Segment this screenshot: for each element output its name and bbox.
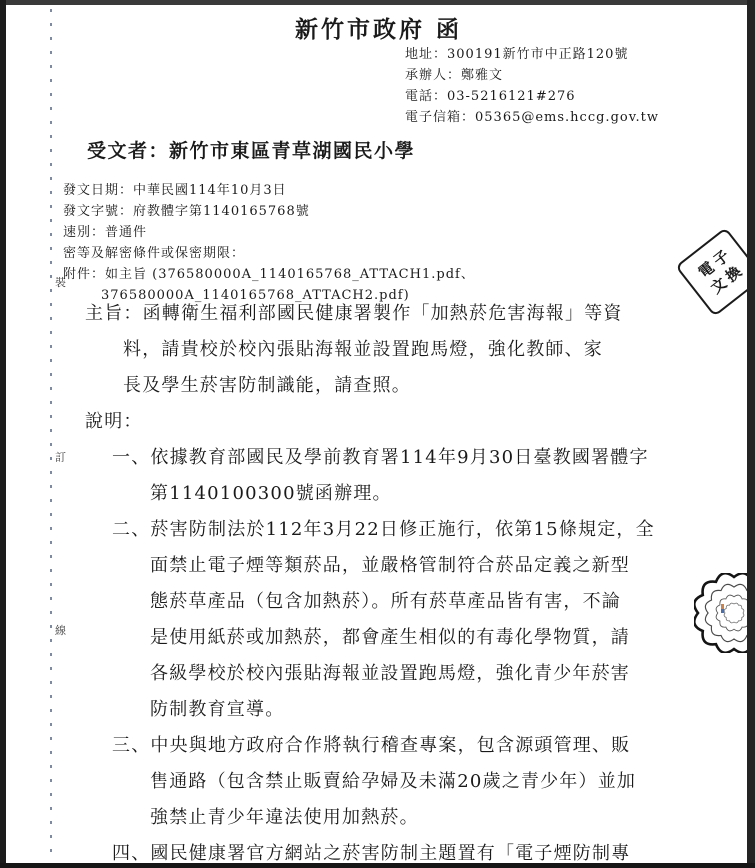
sender-info-line: 地址：300191新竹市中正路120號 [405,44,659,65]
body-line: 態菸草產品（包含加熱菸）。所有菸草產品皆有害，不論 [6,584,747,620]
body-line: 三、中央與地方政府合作將執行稽查專案，包含源頭管理、販 [6,728,747,764]
scalloped-seal-icon [694,573,747,653]
sender-info-line: 承辦人：鄭雅文 [405,65,659,86]
document-meta-block: 發文日期：中華民國114年10月3日發文字號：府教體字第1140165768號速… [6,180,747,306]
meta-line: 發文字號：府教體字第1140165768號 [6,201,747,222]
body-line: 面禁止電子煙等類菸品，並嚴格管制符合菸品定義之新型 [6,548,747,584]
viewer-frame-bottom [0,863,755,868]
meta-line: 發文日期：中華民國114年10月3日 [6,180,747,201]
viewer-frame-right [747,0,755,868]
body-line: 是使用紙菸或加熱菸，都會產生相似的有毒化學物質，請 [6,620,747,656]
body-line: 強禁止青少年違法使用加熱菸。 [6,800,747,836]
document-title: 新竹市政府 函 [295,11,462,44]
document-body: 主旨：函轉衛生福利部國民健康署製作「加熱菸危害海報」等資料，請貴校於校內張貼海報… [6,296,747,863]
pdf-viewer-canvas: { "doc": { "title": "新竹市政府 函", "sender_l… [0,0,755,868]
body-line: 說明： [6,404,747,440]
body-line: 各級學校於校內張貼海報並設置跑馬燈，強化青少年菸害 [6,656,747,692]
meta-line: 速別：普通件 [6,222,747,243]
sender-info-line: 電子信箱：05365@ems.hccg.gov.tw [405,107,659,128]
document-page: 裝訂線 新竹市政府 函 地址：300191新竹市中正路120號承辦人：鄭雅文電話… [6,5,747,863]
meta-line: 密等及解密條件或保密期限： [6,243,747,264]
body-line: 料，請貴校於校內張貼海報並設置跑馬燈，強化教師、家 [6,332,747,368]
meta-line: 附件：如主旨 (376580000A_1140165768_ATTACH1.pd… [6,264,747,285]
body-line: 售通路（包含禁止販賣給孕婦及未滿20歲之青少年）並加 [6,764,747,800]
seal-registration-speck [721,604,724,609]
body-line: 二、菸害防制法於112年3月22日修正施行，依第15條規定，全 [6,512,747,548]
body-line: 防制教育宣導。 [6,692,747,728]
body-line: 四、國民健康署官方網站之菸害防制主題置有「電子煙防制專 [6,836,747,863]
sender-info-line: 電話：03-5216121#276 [405,86,659,107]
body-line: 長及學生菸害防制識能，請查照。 [6,368,747,404]
body-line: 一、依據教育部國民及學前教育署114年9月30日臺教國署體字 [6,440,747,476]
sender-info-block: 地址：300191新竹市中正路120號承辦人：鄭雅文電話：03-5216121#… [405,44,659,128]
body-line: 第1140100300號函辦理。 [6,476,747,512]
recipient-line: 受文者：新竹市東區青草湖國民小學 [87,136,415,163]
body-line: 主旨：函轉衛生福利部國民健康署製作「加熱菸危害海報」等資 [6,296,747,332]
